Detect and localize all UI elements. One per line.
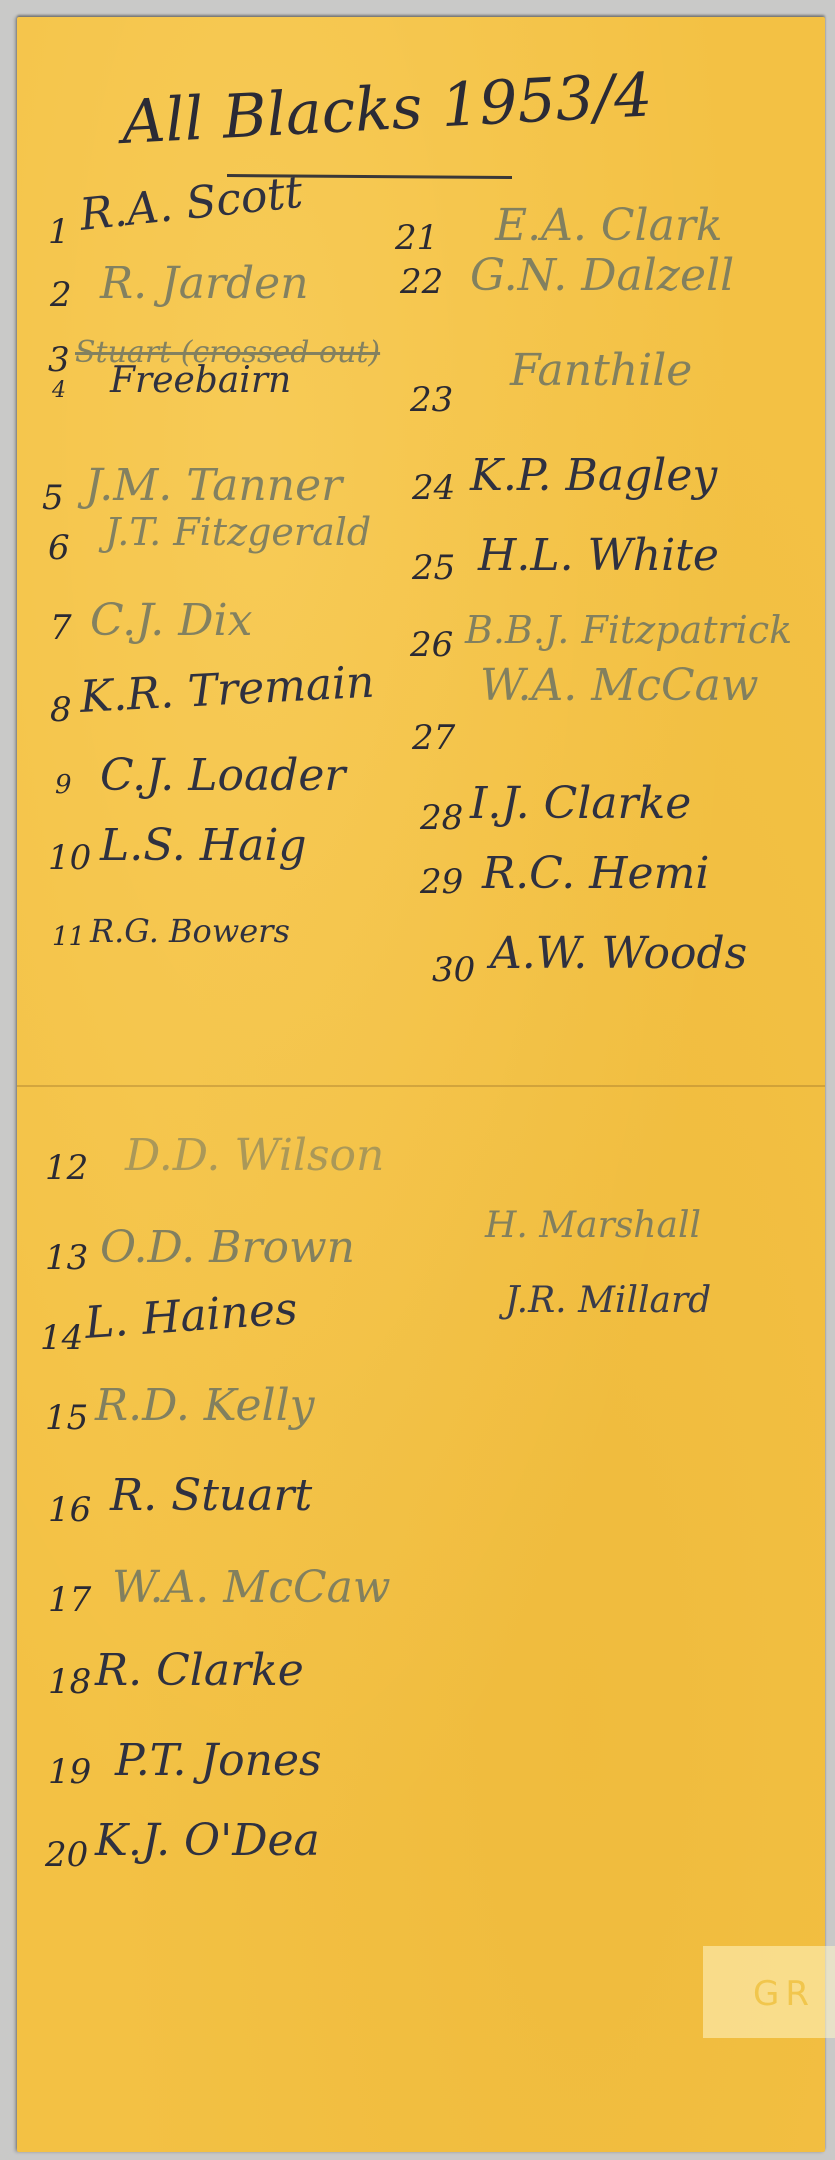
entry-number: 17	[48, 1580, 91, 1620]
entry-number: 26	[410, 625, 453, 665]
watermark-text: GR	[753, 1974, 815, 2014]
signature: K.P. Bagley	[470, 450, 717, 501]
entry-number: 19	[48, 1752, 91, 1792]
signature: G.N. Dalzell	[470, 250, 734, 301]
signature: J.M. Tanner	[85, 460, 342, 511]
entry-number: 3	[48, 340, 70, 380]
signature: L.S. Haig	[100, 820, 307, 871]
entry-number: 9	[55, 770, 72, 800]
entry-number: 20	[45, 1835, 88, 1875]
entry-number: 7	[50, 608, 72, 648]
signature: O.D. Brown	[100, 1222, 355, 1273]
signature: K.J. O'Dea	[95, 1815, 320, 1866]
entry-number: 4	[52, 378, 66, 403]
entry-number: 1	[48, 212, 70, 252]
entry-number: 13	[45, 1238, 88, 1278]
entry-number: 15	[45, 1398, 88, 1438]
signature: R.D. Kelly	[95, 1380, 315, 1431]
signature: W.A. McCaw	[480, 660, 759, 711]
entry-number: 10	[48, 838, 91, 878]
signature: R. Clarke	[95, 1645, 304, 1696]
entry-number: 5	[42, 478, 64, 518]
entry-number: 24	[412, 468, 455, 508]
entry-number: 21	[395, 218, 438, 258]
signature: R.C. Hemi	[482, 848, 709, 899]
entry-number: 16	[48, 1490, 91, 1530]
signature: E.A. Clark	[495, 200, 723, 251]
entry-number: 27	[412, 718, 455, 758]
signature: R. Jarden	[100, 258, 309, 309]
signature: D.D. Wilson	[125, 1130, 384, 1181]
signature: H.L. White	[478, 530, 719, 581]
entry-number: 12	[45, 1148, 88, 1188]
signature: A.W. Woods	[490, 928, 747, 979]
entry-number: 28	[420, 798, 463, 838]
entry-number: 14	[40, 1318, 83, 1358]
fold-crease	[17, 1085, 825, 1087]
signature: W.A. McCaw	[112, 1562, 391, 1613]
signature: P.T. Jones	[115, 1735, 322, 1786]
signature: I.J. Clarke	[470, 778, 691, 829]
entry-number: 18	[48, 1662, 91, 1702]
signature: C.J. Loader	[100, 750, 345, 801]
entry-number: 11	[52, 922, 85, 952]
entry-number: 29	[420, 862, 463, 902]
entry-number: 8	[50, 690, 72, 730]
entry-number: 23	[410, 380, 453, 420]
entry-number: 22	[400, 262, 443, 302]
signature: R.G. Bowers	[90, 912, 290, 950]
signature: C.J. Dix	[90, 595, 252, 646]
signature: Fanthile	[510, 345, 692, 396]
entry-number: 2	[50, 275, 72, 315]
watermark: GR	[703, 1946, 835, 2038]
entry-number: 6	[48, 528, 70, 568]
signature: B.B.J. Fitzpatrick	[465, 608, 792, 652]
signature: R. Stuart	[110, 1470, 312, 1521]
entry-number: 25	[412, 548, 455, 588]
signature: Freebairn	[110, 360, 291, 401]
signature: J.R. Millard	[505, 1280, 711, 1321]
entry-number: 30	[432, 950, 475, 990]
signature: J.T. Fitzgerald	[105, 510, 371, 554]
signature: H. Marshall	[485, 1205, 701, 1246]
